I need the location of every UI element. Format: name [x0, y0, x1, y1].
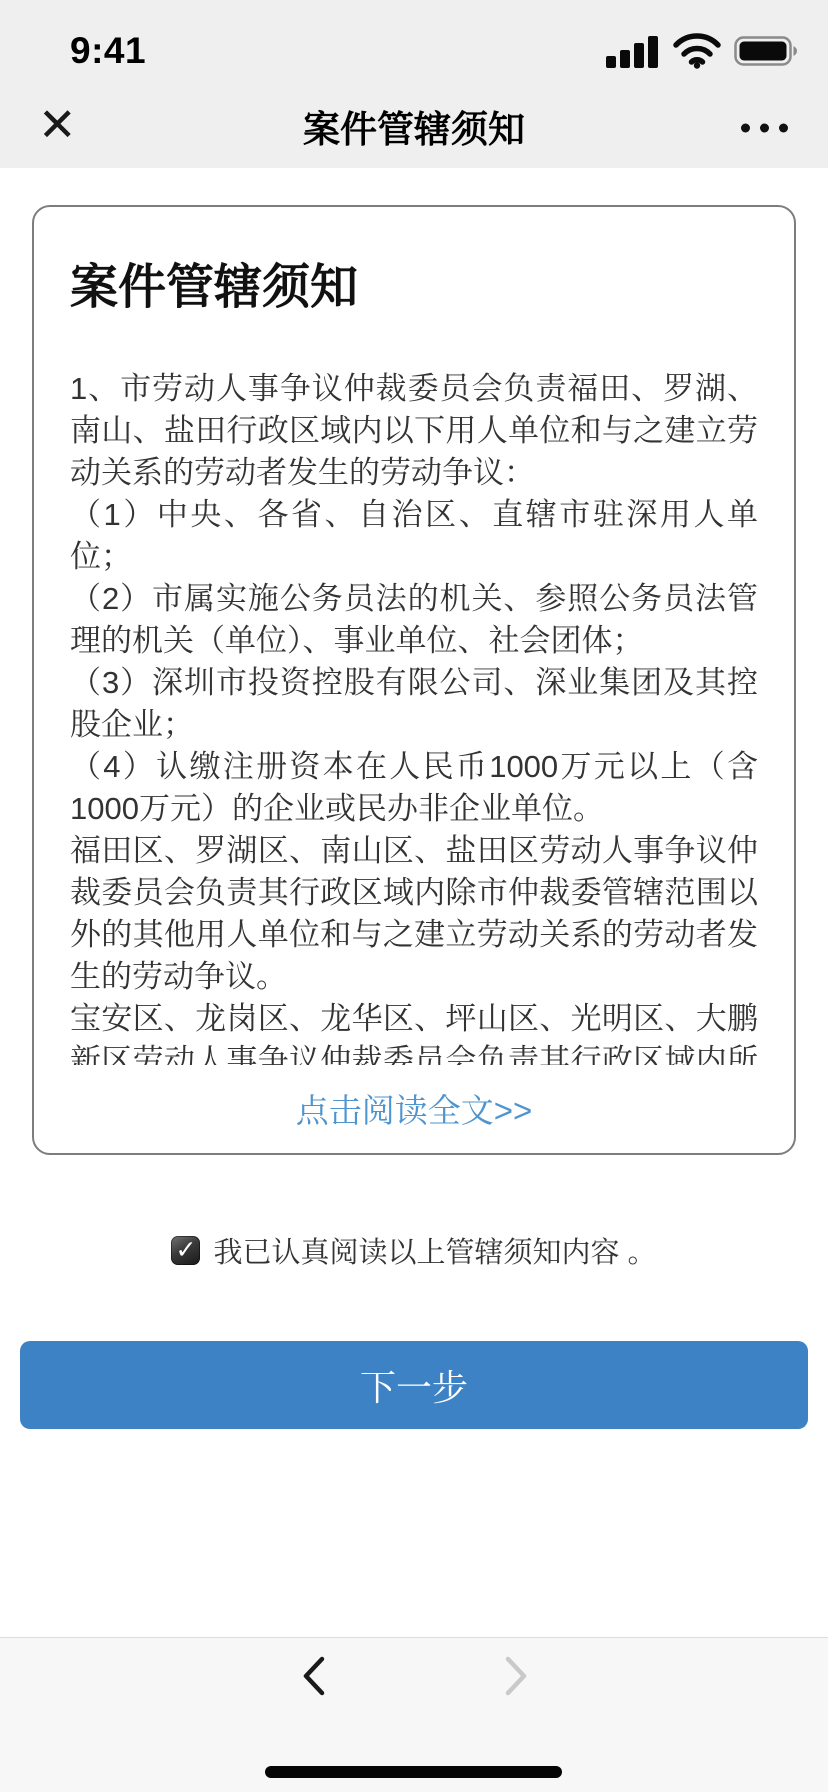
more-menu-icon[interactable] [741, 114, 788, 143]
home-indicator [265, 1766, 562, 1778]
status-icons [606, 33, 798, 69]
agreement-checkbox[interactable]: ✓ [171, 1236, 200, 1265]
notice-paragraph: 1、市劳动人事争议仲裁委员会负责福田、罗湖、南山、盐田行政区域内以下用人单位和与… [70, 368, 758, 494]
cellular-signal-icon [606, 34, 660, 68]
notice-paragraph: （1）中央、各省、自治区、直辖市驻深用人单位； [70, 494, 758, 578]
next-step-button[interactable]: 下一步 [20, 1341, 808, 1429]
notice-paragraph: 福田区、罗湖区、南山区、盐田区劳动人事争议仲裁委员会负责其行政区域内除市仲裁委管… [70, 830, 758, 998]
forward-icon[interactable] [503, 1655, 529, 1697]
notice-paragraph: （4）认缴注册资本在人民币1000万元以上（含1000万元）的企业或民办非企业单… [70, 746, 758, 830]
agreement-row[interactable]: ✓ 我已认真阅读以上管辖须知内容 。 [0, 1230, 828, 1271]
battery-icon [734, 36, 798, 66]
read-full-text-link[interactable]: 点击阅读全文>> [70, 1089, 758, 1133]
top-chrome: 9:41 [0, 0, 828, 168]
check-icon: ✓ [175, 1238, 196, 1263]
notice-card: 案件管辖须知 1、市劳动人事争议仲裁委员会负责福田、罗湖、南山、盐田行政区域内以… [32, 205, 796, 1155]
notice-paragraph: （3）深圳市投资控股有限公司、深业集团及其控股企业； [70, 662, 758, 746]
back-icon[interactable] [301, 1655, 327, 1697]
phone-screen: 9:41 [0, 0, 828, 1792]
page-title: 案件管辖须知 [0, 99, 828, 153]
notice-paragraph: 宝安区、龙岗区、龙华区、坪山区、光明区、大鹏新区劳动人事争议仲裁委员会负责其行政… [70, 998, 758, 1065]
bottom-toolbar [0, 1637, 828, 1792]
status-bar: 9:41 [0, 0, 828, 88]
notice-body: 1、市劳动人事争议仲裁委员会负责福田、罗湖、南山、盐田行政区域内以下用人单位和与… [70, 368, 758, 1065]
notice-heading: 案件管辖须知 [70, 258, 758, 318]
agreement-label: 我已认真阅读以上管辖须知内容 。 [213, 1230, 656, 1271]
status-time: 9:41 [70, 30, 146, 72]
main-content: 案件管辖须知 1、市劳动人事争议仲裁委员会负责福田、罗湖、南山、盐田行政区域内以… [0, 168, 828, 1637]
nav-bar: ✕ 案件管辖须知 [0, 88, 828, 168]
notice-paragraph: （2）市属实施公务员法的机关、参照公务员法管理的机关（单位）、事业单位、社会团体… [70, 578, 758, 662]
wifi-icon [672, 33, 722, 69]
